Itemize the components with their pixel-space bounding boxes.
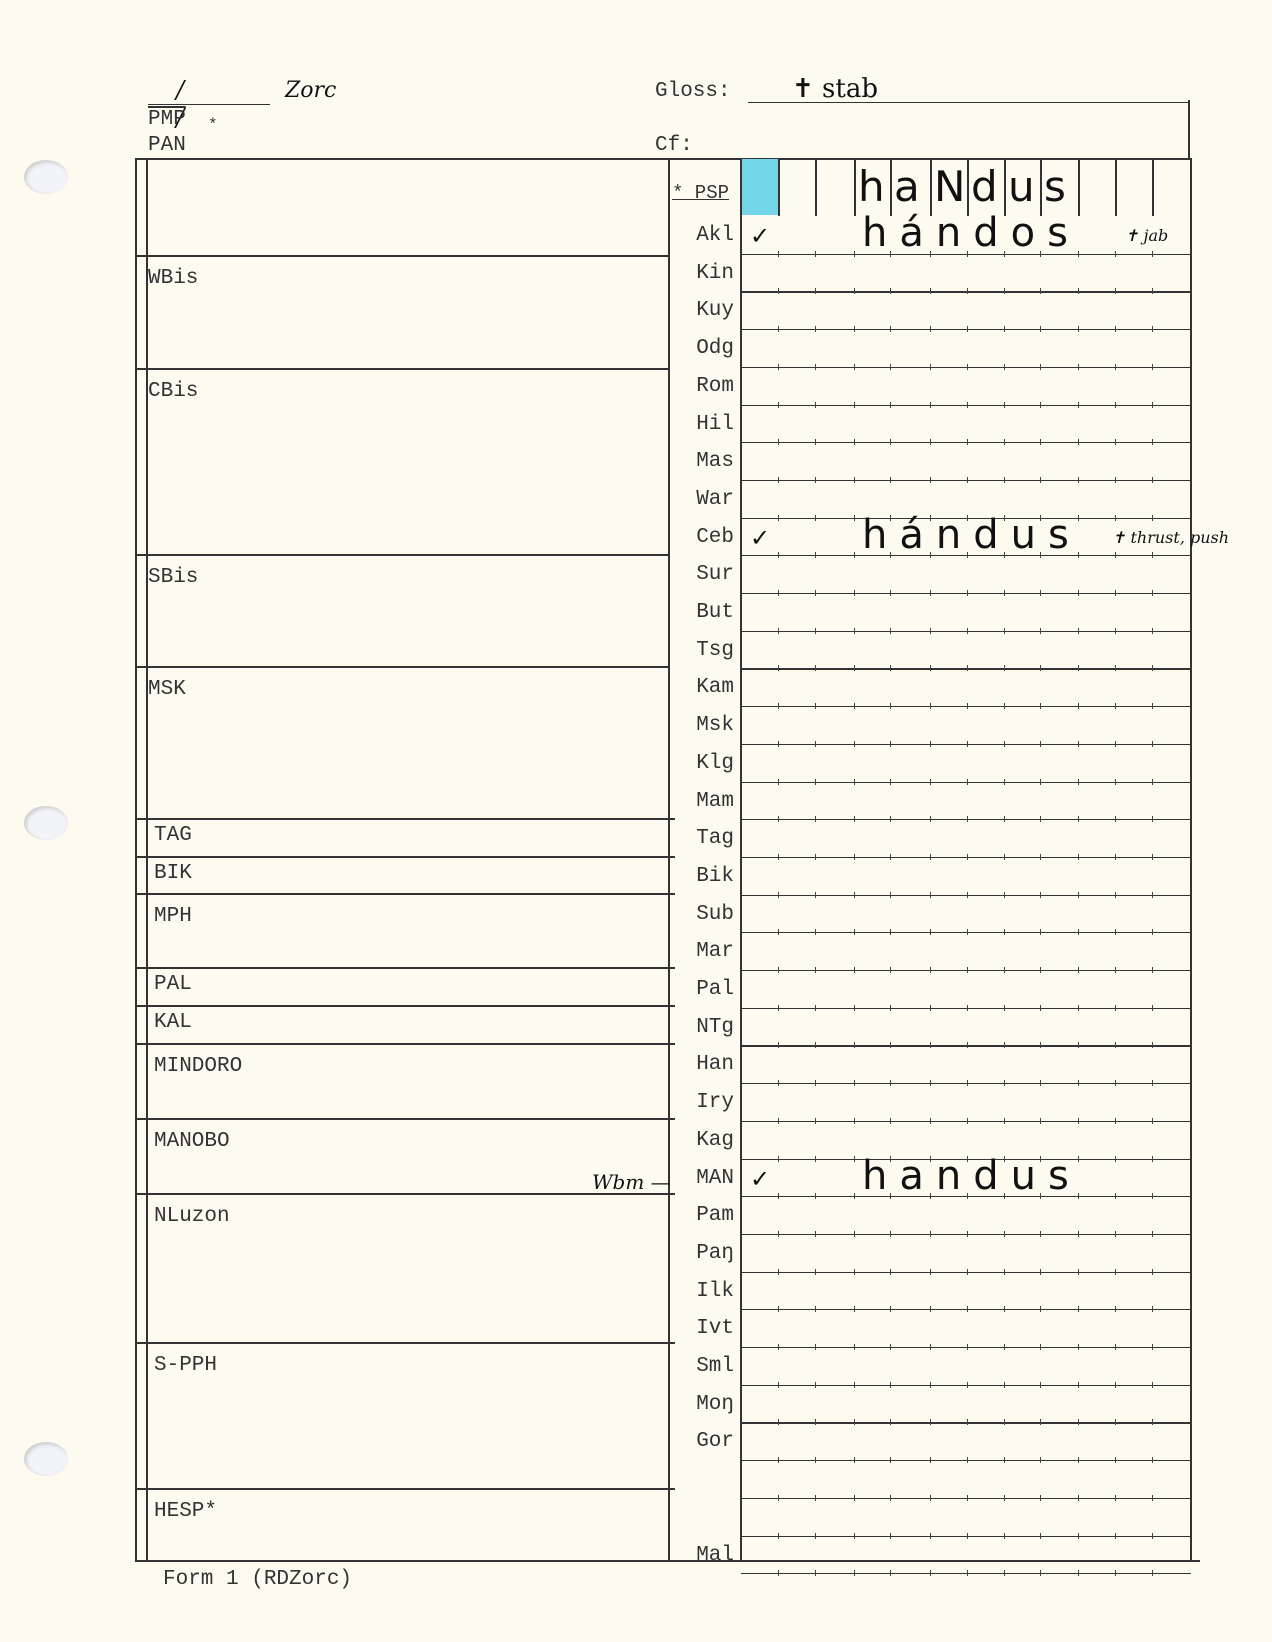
tick-mark xyxy=(1004,1495,1005,1501)
tick-mark xyxy=(854,741,855,747)
language-code: Klg xyxy=(674,752,734,775)
tick-mark xyxy=(890,1382,891,1388)
tick-mark xyxy=(967,288,968,294)
tick-mark xyxy=(890,1495,891,1501)
tick-mark xyxy=(1152,1080,1153,1086)
tick-mark xyxy=(967,703,968,709)
tick-mark xyxy=(1115,590,1116,596)
tick-mark xyxy=(815,364,816,370)
gloss-field[interactable]: ✝ stab xyxy=(748,78,1188,103)
tick-mark xyxy=(967,892,968,898)
tick-mark xyxy=(815,1156,816,1162)
tick-mark xyxy=(1115,1419,1116,1425)
lang-column-left xyxy=(668,158,670,1560)
tick-mark xyxy=(1040,967,1041,973)
tick-mark xyxy=(854,967,855,973)
tick-mark xyxy=(1152,741,1153,747)
tick-mark xyxy=(1152,929,1153,935)
language-code: Han xyxy=(674,1053,734,1076)
tick-mark xyxy=(890,854,891,860)
tick-mark xyxy=(890,892,891,898)
tick-mark xyxy=(1040,779,1041,785)
tick-mark xyxy=(890,439,891,445)
tick-mark xyxy=(1078,1344,1079,1350)
tick-mark xyxy=(815,1570,816,1576)
tick-mark xyxy=(890,1570,891,1576)
tick-mark xyxy=(1078,1457,1079,1463)
entry-line xyxy=(741,1347,1191,1348)
tick-mark xyxy=(778,1495,779,1501)
tick-mark xyxy=(1115,251,1116,257)
tick-mark xyxy=(1004,1344,1005,1350)
tick-mark xyxy=(930,1344,931,1350)
entry-line xyxy=(741,1460,1191,1461)
tick-mark xyxy=(1078,439,1079,445)
tick-mark xyxy=(1078,1533,1079,1539)
psp-cell-divider xyxy=(854,158,856,216)
tick-mark xyxy=(854,326,855,332)
tick-mark xyxy=(1152,326,1153,332)
psp-cell-divider xyxy=(1190,158,1192,216)
tick-mark xyxy=(815,552,816,558)
tick-mark xyxy=(890,1344,891,1350)
language-code: Akl xyxy=(674,224,734,247)
tick-mark xyxy=(815,251,816,257)
tick-mark xyxy=(1078,364,1079,370)
entry-line xyxy=(741,480,1191,481)
punch-hole xyxy=(24,1442,68,1476)
tick-mark xyxy=(1152,1495,1153,1501)
tick-mark xyxy=(854,1118,855,1124)
language-code: Mas xyxy=(674,450,734,473)
section-divider xyxy=(135,967,675,969)
tick-mark xyxy=(778,326,779,332)
tick-mark xyxy=(1152,1193,1153,1199)
tick-mark xyxy=(1152,1382,1153,1388)
tick-mark xyxy=(778,402,779,408)
tick-mark xyxy=(1078,1306,1079,1312)
tick-mark xyxy=(1115,779,1116,785)
tick-mark xyxy=(815,1231,816,1237)
tick-mark xyxy=(815,1344,816,1350)
section-divider xyxy=(135,893,675,895)
tick-mark xyxy=(815,1419,816,1425)
tick-mark xyxy=(1004,779,1005,785)
psp-cell-divider xyxy=(967,158,969,216)
psp-cell-divider xyxy=(1152,158,1154,216)
tick-mark xyxy=(1152,816,1153,822)
entry-line xyxy=(741,1045,1191,1046)
tick-mark xyxy=(890,929,891,935)
tick-mark xyxy=(854,1570,855,1576)
tick-mark xyxy=(930,816,931,822)
tick-mark xyxy=(930,439,931,445)
lang-column-right xyxy=(740,158,742,1560)
tick-mark xyxy=(1004,816,1005,822)
tick-mark xyxy=(1040,1570,1041,1576)
tick-mark xyxy=(1115,1193,1116,1199)
tick-mark xyxy=(1078,628,1079,634)
tick-mark xyxy=(930,1457,931,1463)
tick-mark xyxy=(1115,326,1116,332)
tick-mark xyxy=(854,1306,855,1312)
tick-mark xyxy=(967,779,968,785)
tick-mark xyxy=(1115,1570,1116,1576)
pmp-asterisk: * xyxy=(208,116,218,134)
language-code: Mal xyxy=(674,1544,734,1567)
language-code: Gor xyxy=(674,1430,734,1453)
tick-mark xyxy=(1078,967,1079,973)
psp-cell-divider xyxy=(740,158,742,216)
tick-mark xyxy=(778,1269,779,1275)
language-code: Ceb xyxy=(674,526,734,549)
tick-mark xyxy=(1152,439,1153,445)
section-divider xyxy=(135,1005,675,1007)
tick-mark xyxy=(967,1306,968,1312)
section-divider xyxy=(135,818,675,820)
tick-mark xyxy=(1078,892,1079,898)
tick-mark xyxy=(890,1005,891,1011)
tick-mark xyxy=(854,288,855,294)
tick-mark xyxy=(1004,929,1005,935)
tick-mark xyxy=(854,1080,855,1086)
tick-mark xyxy=(890,665,891,671)
tick-mark xyxy=(778,288,779,294)
gloss-label: Gloss: xyxy=(655,80,731,103)
tick-mark xyxy=(1078,665,1079,671)
tick-mark xyxy=(1115,402,1116,408)
tick-mark xyxy=(1078,477,1079,483)
tick-mark xyxy=(930,854,931,860)
tick-mark xyxy=(854,1193,855,1199)
tick-mark xyxy=(930,892,931,898)
cf-label: Cf: xyxy=(655,134,693,157)
tick-mark xyxy=(1004,1080,1005,1086)
tick-mark xyxy=(815,1457,816,1463)
cognate-form: handus xyxy=(862,1153,1081,1199)
tick-mark xyxy=(778,1419,779,1425)
tick-mark xyxy=(930,929,931,935)
date-field[interactable]: / / xyxy=(148,78,270,105)
section-divider xyxy=(135,1118,675,1120)
entry-line xyxy=(741,668,1191,669)
psp-cell-divider xyxy=(1115,158,1117,216)
entry-line xyxy=(741,744,1191,745)
tick-mark xyxy=(967,402,968,408)
tick-mark xyxy=(1040,892,1041,898)
tick-mark xyxy=(778,251,779,257)
tick-mark xyxy=(815,1382,816,1388)
tick-mark xyxy=(1004,288,1005,294)
tick-mark xyxy=(930,1533,931,1539)
entry-line xyxy=(741,970,1191,971)
entry-line xyxy=(741,1536,1191,1537)
tick-mark xyxy=(854,552,855,558)
language-code: Pal xyxy=(674,978,734,1001)
tick-mark xyxy=(1004,1457,1005,1463)
tick-mark xyxy=(1115,1231,1116,1237)
language-code: Kam xyxy=(674,676,734,699)
tick-mark xyxy=(815,967,816,973)
tick-mark xyxy=(1152,1570,1153,1576)
tick-mark xyxy=(930,1042,931,1048)
tick-mark xyxy=(1152,515,1153,521)
tick-mark xyxy=(854,590,855,596)
tick-mark xyxy=(778,892,779,898)
tick-mark xyxy=(1115,1118,1116,1124)
tick-mark xyxy=(1152,1269,1153,1275)
pmp-label: PMP xyxy=(148,108,186,131)
punch-hole xyxy=(24,806,68,840)
tick-mark xyxy=(778,1118,779,1124)
tick-mark xyxy=(930,1005,931,1011)
tick-mark xyxy=(778,967,779,973)
psp-letter: d xyxy=(971,162,998,211)
tick-mark xyxy=(1152,1156,1153,1162)
tick-mark xyxy=(1040,1005,1041,1011)
tick-mark xyxy=(1152,1419,1153,1425)
tick-mark xyxy=(890,1042,891,1048)
tick-mark xyxy=(1078,703,1079,709)
tick-mark xyxy=(967,326,968,332)
section-label-cbis: CBis xyxy=(148,380,198,403)
section-divider xyxy=(135,554,668,556)
tick-mark xyxy=(1078,590,1079,596)
tick-mark xyxy=(967,854,968,860)
tick-mark xyxy=(1040,741,1041,747)
tick-mark xyxy=(930,665,931,671)
tick-mark xyxy=(1152,854,1153,860)
tick-mark xyxy=(815,1306,816,1312)
tick-mark xyxy=(854,515,855,521)
cognate-gloss: ✝ jab xyxy=(1125,226,1168,245)
entry-line xyxy=(741,782,1191,783)
tick-mark xyxy=(854,1382,855,1388)
tick-mark xyxy=(1040,1533,1041,1539)
tick-mark xyxy=(967,1457,968,1463)
tick-mark xyxy=(1152,552,1153,558)
tick-mark xyxy=(1078,1495,1079,1501)
tick-mark xyxy=(890,967,891,973)
section-label-mph: MPH xyxy=(154,905,192,928)
tick-mark xyxy=(815,439,816,445)
tick-mark xyxy=(1078,1419,1079,1425)
entry-line xyxy=(741,932,1191,933)
tick-mark xyxy=(1152,364,1153,370)
entry-line xyxy=(741,706,1191,707)
entry-line xyxy=(741,291,1191,292)
tick-mark xyxy=(1078,1570,1079,1576)
entry-line xyxy=(741,1234,1191,1235)
tick-mark xyxy=(1004,364,1005,370)
tick-mark xyxy=(1078,1269,1079,1275)
tick-mark xyxy=(1004,1306,1005,1312)
tick-mark xyxy=(854,1042,855,1048)
tick-mark xyxy=(815,326,816,332)
tick-mark xyxy=(967,1382,968,1388)
tick-mark xyxy=(930,326,931,332)
language-code: Hil xyxy=(674,413,734,436)
section-label-sbis: SBis xyxy=(148,566,198,589)
tick-mark xyxy=(930,628,931,634)
entry-line xyxy=(741,1083,1191,1084)
tick-mark xyxy=(1152,590,1153,596)
tick-mark xyxy=(1078,929,1079,935)
tick-mark xyxy=(1004,326,1005,332)
tick-mark xyxy=(1152,251,1153,257)
tick-mark xyxy=(890,402,891,408)
tick-mark xyxy=(1115,1344,1116,1350)
tick-mark xyxy=(1152,1231,1153,1237)
tick-mark xyxy=(778,741,779,747)
psp-cell-divider xyxy=(890,158,892,216)
cognate-gloss: ✝ thrust, push xyxy=(1112,528,1229,547)
tick-mark xyxy=(1115,1005,1116,1011)
tick-mark xyxy=(930,1419,931,1425)
tick-mark xyxy=(890,741,891,747)
tick-mark xyxy=(930,288,931,294)
tick-mark xyxy=(778,1382,779,1388)
tick-mark xyxy=(1004,741,1005,747)
tick-mark xyxy=(854,628,855,634)
tick-mark xyxy=(1152,628,1153,634)
tick-mark xyxy=(1004,1533,1005,1539)
tick-mark xyxy=(778,1457,779,1463)
tick-mark xyxy=(1115,741,1116,747)
tick-mark xyxy=(1004,854,1005,860)
section-label-nluzon: NLuzon xyxy=(154,1205,230,1228)
tick-mark xyxy=(930,590,931,596)
form-label: Form 1 (RDZorc) xyxy=(163,1568,352,1591)
tick-mark xyxy=(890,1080,891,1086)
tick-mark xyxy=(967,816,968,822)
tick-mark xyxy=(1078,1005,1079,1011)
tick-mark xyxy=(778,779,779,785)
entry-line xyxy=(741,895,1191,896)
tick-mark xyxy=(1040,477,1041,483)
tick-mark xyxy=(778,854,779,860)
tick-mark xyxy=(815,1005,816,1011)
tick-mark xyxy=(778,1042,779,1048)
tick-mark xyxy=(967,1269,968,1275)
tick-mark xyxy=(1040,590,1041,596)
tick-mark xyxy=(967,1080,968,1086)
tick-mark xyxy=(778,552,779,558)
tick-mark xyxy=(930,741,931,747)
man-annotation: Wbm — xyxy=(592,1170,671,1194)
tick-mark xyxy=(1115,967,1116,973)
entry-line xyxy=(741,1422,1191,1423)
section-label-msk: MSK xyxy=(148,678,186,701)
tick-mark xyxy=(815,665,816,671)
entry-line xyxy=(741,1573,1191,1574)
tick-mark xyxy=(778,1005,779,1011)
tick-mark xyxy=(1040,1231,1041,1237)
language-code: Kag xyxy=(674,1129,734,1152)
tick-mark xyxy=(1078,288,1079,294)
tick-mark xyxy=(1040,402,1041,408)
check-mark: ✓ xyxy=(750,222,770,250)
tick-mark xyxy=(1078,854,1079,860)
tick-mark xyxy=(1078,741,1079,747)
tick-mark xyxy=(890,364,891,370)
section-label-wbis: WBis xyxy=(148,267,198,290)
tick-mark xyxy=(815,1080,816,1086)
tick-mark xyxy=(1152,1306,1153,1312)
tick-mark xyxy=(967,1533,968,1539)
tick-mark xyxy=(778,1344,779,1350)
tick-mark xyxy=(1115,1495,1116,1501)
section-divider xyxy=(135,1488,675,1490)
tick-mark xyxy=(1040,1080,1041,1086)
language-code: Odg xyxy=(674,337,734,360)
tick-mark xyxy=(967,967,968,973)
tick-mark xyxy=(890,1533,891,1539)
tick-mark xyxy=(1115,1457,1116,1463)
language-code: NTg xyxy=(674,1016,734,1039)
tick-mark xyxy=(1152,288,1153,294)
tick-mark xyxy=(815,1495,816,1501)
language-code: Sub xyxy=(674,903,734,926)
tick-mark xyxy=(1078,326,1079,332)
entry-line xyxy=(741,819,1191,820)
tick-mark xyxy=(890,779,891,785)
tick-mark xyxy=(1115,439,1116,445)
tick-mark xyxy=(854,439,855,445)
tick-mark xyxy=(1078,1080,1079,1086)
language-code: Kin xyxy=(674,262,734,285)
tick-mark xyxy=(815,288,816,294)
tick-mark xyxy=(1152,1005,1153,1011)
tick-mark xyxy=(1004,892,1005,898)
tick-mark xyxy=(778,816,779,822)
entry-line xyxy=(741,857,1191,858)
section-label-tag: TAG xyxy=(154,824,192,847)
entry-line xyxy=(741,1121,1191,1122)
tick-mark xyxy=(1078,1118,1079,1124)
tick-mark xyxy=(1152,1457,1153,1463)
tick-mark xyxy=(1040,326,1041,332)
tick-mark xyxy=(967,1419,968,1425)
tick-mark xyxy=(1040,1042,1041,1048)
tick-mark xyxy=(778,590,779,596)
tick-mark xyxy=(930,1306,931,1312)
section-label-spph: S-PPH xyxy=(154,1354,217,1377)
tick-mark xyxy=(854,1533,855,1539)
tick-mark xyxy=(1115,552,1116,558)
tick-mark xyxy=(854,816,855,822)
language-code: Sur xyxy=(674,563,734,586)
tick-mark xyxy=(1040,1118,1041,1124)
psp-letter: u xyxy=(1008,162,1035,211)
tick-mark xyxy=(854,1344,855,1350)
section-label-manobo: MANOBO xyxy=(154,1130,230,1153)
tick-mark xyxy=(930,779,931,785)
tick-mark xyxy=(1115,703,1116,709)
tick-mark xyxy=(890,703,891,709)
tick-mark xyxy=(930,703,931,709)
section-label-mindoro: MINDORO xyxy=(154,1055,242,1078)
tick-mark xyxy=(930,364,931,370)
tick-mark xyxy=(1152,967,1153,973)
language-code: War xyxy=(674,488,734,511)
section-label-bik: BIK xyxy=(154,862,192,885)
tick-mark xyxy=(1152,892,1153,898)
tick-mark xyxy=(1115,665,1116,671)
tick-mark xyxy=(930,1570,931,1576)
check-mark: ✓ xyxy=(750,524,770,552)
tick-mark xyxy=(930,477,931,483)
